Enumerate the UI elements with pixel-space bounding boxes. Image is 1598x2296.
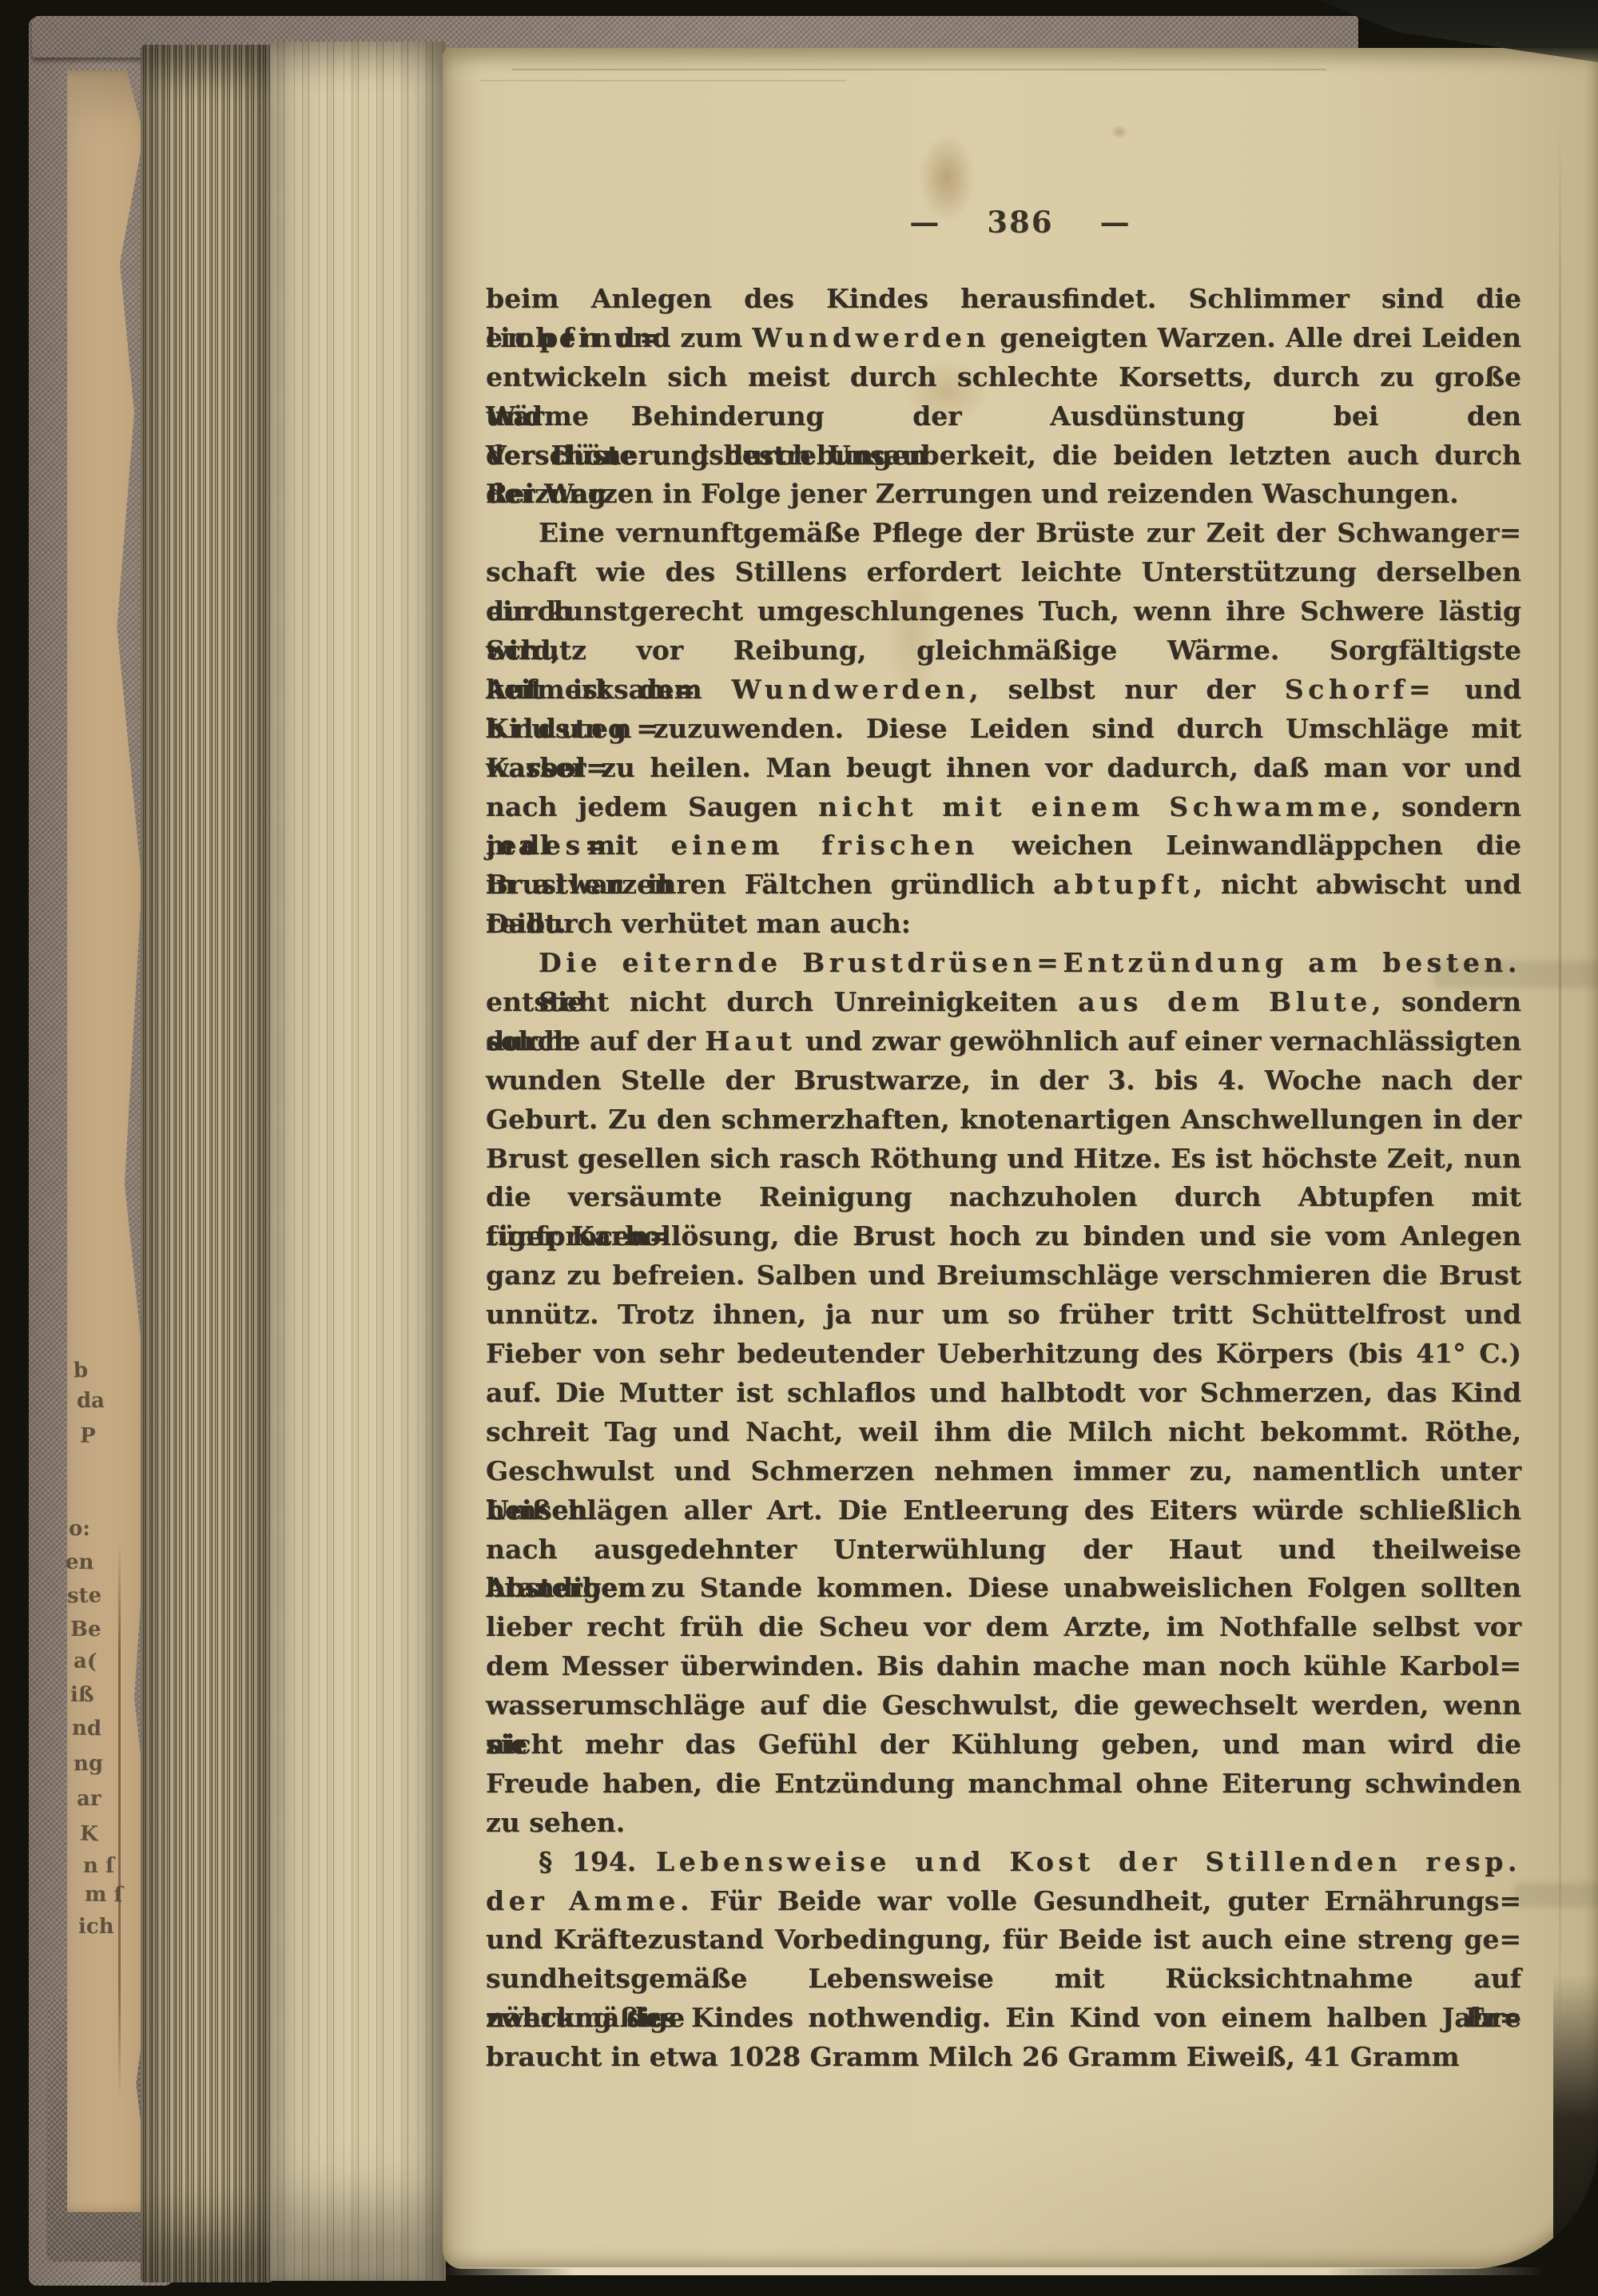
- text-line: wasser zu heilen. Man beugt ihnen vor da…: [486, 749, 1521, 788]
- text-line: bildung zuzuwenden. Diese Leiden sind du…: [486, 710, 1521, 749]
- text-line: Die eiternde Brustdrüsen=Entzündung am b…: [486, 944, 1521, 983]
- text-line: wasserumschläge auf die Geschwulst, die …: [486, 1686, 1521, 1725]
- text-line: tiger Karbollösung, die Brust hoch zu bi…: [486, 1217, 1521, 1256]
- text-line: sundheitsgemäße Lebensweise mit Rücksich…: [486, 1960, 1521, 1999]
- page-number-value: 386: [987, 205, 1053, 240]
- text-line: wunden Stelle der Brustwarze, in der 3. …: [486, 1061, 1521, 1100]
- text-line: entwickeln sich meist durch schlechte Ko…: [486, 358, 1521, 397]
- text-line: Eine vernunftgemäße Pflege der Brüste zu…: [486, 514, 1521, 553]
- text-line: Umschlägen aller Art. Die Entleerung des…: [486, 1491, 1521, 1530]
- text-line: § 194. Lebensweise und Kost der Stillend…: [486, 1843, 1521, 1882]
- text-line: Fieber von sehr bedeutender Ueberhitzung…: [486, 1335, 1521, 1374]
- text-line: Freude haben, die Entzündung manchmal oh…: [486, 1765, 1521, 1804]
- fore-edge-text-fragment: a(: [73, 1649, 97, 1674]
- text-line: der Büste und durch Unsauberkeit, die be…: [486, 436, 1521, 476]
- book-page: — 386 — beim Anlegen des Kindes herausfi…: [443, 48, 1598, 2269]
- text-line: Dadurch verhütet man auch:: [486, 905, 1521, 944]
- text-line: nach jedem Saugen nicht mit einem Schwam…: [486, 788, 1521, 827]
- text-line: Absterben zu Stande kommen. Diese unabwe…: [486, 1569, 1521, 1608]
- paragraph: Die eiternde Brustdrüsen=Entzündung am b…: [486, 944, 1521, 1842]
- text-line: Geburt. Zu den schmerzhaften, knotenarti…: [486, 1100, 1521, 1140]
- text-line: lichen und zum Wundwerden geneigten Warz…: [486, 319, 1521, 358]
- fore-edge-text-fragment: ich: [78, 1915, 114, 1939]
- fore-edge-text-fragment: da: [77, 1389, 105, 1413]
- fore-edge-text-fragment: en: [66, 1550, 94, 1575]
- text-line: keit ist dem Wundwerden, selbst nur der …: [486, 670, 1521, 710]
- text-line: Geschwulst und Schmerzen nehmen immer zu…: [486, 1452, 1521, 1491]
- text-line: unnütz. Trotz ihnen, ja nur um so früher…: [486, 1295, 1521, 1335]
- fore-edge-text-fragment: K: [79, 1822, 98, 1847]
- fore-edge-text-fragment: nd: [72, 1717, 102, 1741]
- text-line: der Warzen in Folge jener Zerrungen und …: [486, 475, 1521, 514]
- text-line: nach ausgedehnter Unterwühlung der Haut …: [486, 1530, 1521, 1570]
- text-block: beim Anlegen des Kindes herausfindet. Sc…: [486, 280, 1521, 2077]
- paper-stain: [1111, 125, 1128, 139]
- text-line: zu sehen.: [486, 1804, 1521, 1843]
- text-line: und Kräftezustand Vorbedingung, für Beid…: [486, 1920, 1521, 1960]
- text-line: ganz zu befreien. Salben und Breiumschlä…: [486, 1256, 1521, 1295]
- fore-edge-text-fragment: ste: [67, 1584, 102, 1609]
- text-line: entsteht nicht durch Unreinigkeiten aus …: [486, 983, 1521, 1022]
- paragraph: Eine vernunftgemäße Pflege der Brüste zu…: [486, 514, 1521, 944]
- text-line: Brust gesellen sich rasch Röthung und Hi…: [486, 1140, 1521, 1179]
- leaf-crease: [118, 1541, 121, 2100]
- book-photo: bdaPo:ensteBea(ißndngarKn ſm ſich — 386 …: [0, 0, 1598, 2296]
- text-line: der Amme. Für Beide war volle Gesundheit…: [486, 1882, 1521, 1921]
- text-line: braucht in etwa 1028 Gramm Milch 26 Gram…: [486, 2038, 1521, 2077]
- page-number-dash-right: —: [1100, 205, 1131, 240]
- text-line: die versäumte Reinigung nachzuholen durc…: [486, 1178, 1521, 1217]
- page-block-curve: [270, 42, 446, 2281]
- text-line: ein kunstgerecht umgeschlungenes Tuch, w…: [486, 592, 1521, 631]
- text-line: dem Messer überwinden. Bis dahin mache m…: [486, 1647, 1521, 1686]
- page-curl-line: [1559, 120, 1561, 2054]
- text-line: Schutz vor Reibung, gleichmäßige Wärme. …: [486, 631, 1521, 670]
- fore-edge-text-fragment: b: [73, 1359, 88, 1383]
- text-line: beim Anlegen des Kindes herausfindet. Sc…: [486, 280, 1521, 319]
- page-number: — 386 —: [443, 205, 1598, 240]
- text-line: solche auf der Haut und zwar gewöhnlich …: [486, 1022, 1521, 1061]
- page-number-dash-left: —: [909, 205, 940, 240]
- fore-edge-text-fragment: iß: [70, 1683, 94, 1707]
- fore-edge-text-fragment: m ſ: [85, 1883, 123, 1908]
- fore-edge-text-fragment: ng: [74, 1752, 104, 1777]
- sheet-edge-line: [479, 80, 847, 82]
- page-bottom-edge: [443, 2267, 1545, 2275]
- fore-edge-text-fragment: Be: [70, 1618, 101, 1641]
- sheet-edge-line: [511, 69, 1326, 70]
- fore-edge-text-fragment: o:: [69, 1517, 90, 1541]
- right-edge-shadow: [1553, 1974, 1598, 2296]
- paragraph: § 194. Lebensweise und Kost der Stillend…: [486, 1843, 1521, 2077]
- paragraph: beim Anlegen des Kindes herausfindet. Sc…: [486, 280, 1521, 514]
- text-line: schaft wie des Stillens erfordert leicht…: [486, 553, 1521, 592]
- text-line: lieber recht früh die Scheu vor dem Arzt…: [486, 1608, 1521, 1647]
- text-line: mal mit einem frischen weichen Leinwandl…: [486, 826, 1521, 865]
- fore-edge-text-fragment: P: [79, 1424, 96, 1449]
- text-line: schreit Tag und Nacht, weil ihm die Milc…: [486, 1413, 1521, 1452]
- text-line: nicht mehr das Gefühl der Kühlung geben,…: [486, 1725, 1521, 1765]
- ink-bleedthrough: [1513, 1883, 1598, 1907]
- text-line: und Behinderung der Ausdünstung bei den …: [486, 397, 1521, 436]
- text-line: nährung des Kindes nothwendig. Ein Kind …: [486, 1999, 1521, 2038]
- fore-edge-stack: [141, 45, 272, 2282]
- fore-edge-text-fragment: n ſ: [83, 1854, 114, 1878]
- text-line: in allen ihren Fältchen gründlich abtupf…: [486, 865, 1521, 905]
- fore-edge-text-fragment: ar: [77, 1787, 101, 1811]
- text-line: auf. Die Mutter ist schlaflos und halbto…: [486, 1374, 1521, 1413]
